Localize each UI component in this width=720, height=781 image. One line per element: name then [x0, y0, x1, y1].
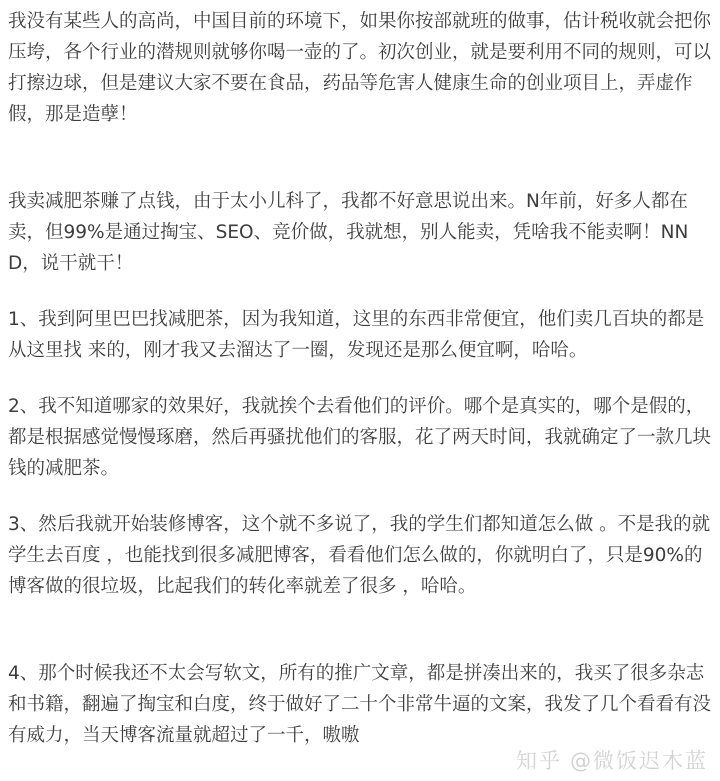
paragraph-step-3: 3、然后我就开始装修博客，这个就不多说了，我的学生们都知道怎么做 。不是我的就学… [8, 509, 711, 602]
zhihu-watermark: 知乎@微饭迟木蓝 [516, 749, 708, 773]
paragraph-step-4: 4、那个时候我还不太会写软文，所有的推广文章，都是拼凑出来的，我买了很多杂志和书… [8, 658, 711, 751]
paragraph-step-1: 1、我到阿里巴巴找减肥茶，因为我知道，这里的东西非常便宜，他们卖几百块的都是从这… [8, 304, 711, 366]
article-page: 我没有某些人的高尚，中国目前的环境下，如果你按部就班的做事，估计税收就会把你压垮… [0, 0, 720, 781]
watermark-author-handle: @微饭迟木蓝 [570, 749, 708, 773]
paragraph-step-2: 2、我不知道哪家的效果好，我就挨个去看他们的评价。哪个是真实的，哪个是假的，都是… [8, 391, 711, 484]
paragraph-intro: 我没有某些人的高尚，中国目前的环境下，如果你按部就班的做事，估计税收就会把你压垮… [8, 6, 711, 130]
paragraph-story-start: 我卖减肥茶赚了点钱，由于太小儿科了，我都不好意思说出来。N年前，好多人都在卖，但… [8, 186, 711, 279]
watermark-brand-zhihu: 知乎 [516, 749, 562, 773]
